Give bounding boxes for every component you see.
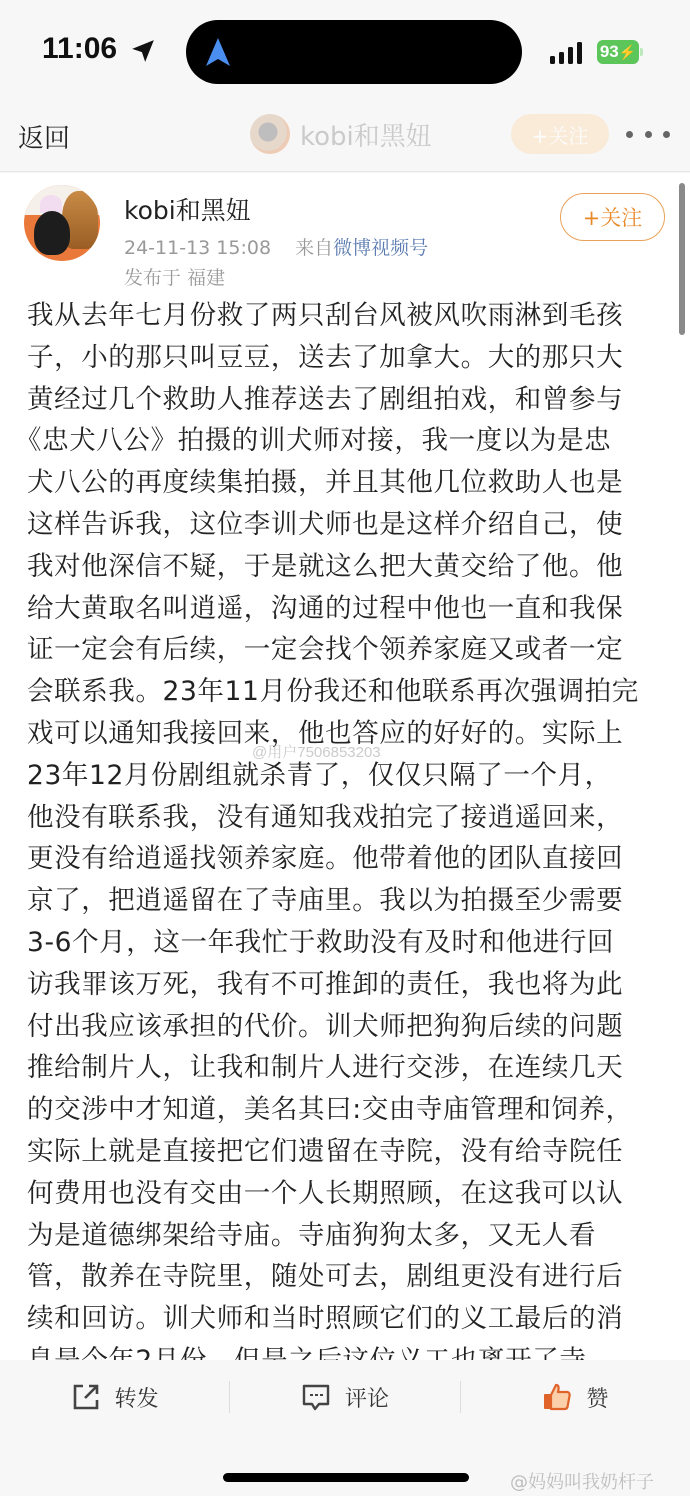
scrollbar[interactable] [679,183,685,335]
source-prefix: 来自 [295,237,333,259]
post-line: 为是道德绑架给寺庙。寺庙狗狗太多，又无人看 [27,1215,667,1257]
comment-icon [301,1382,331,1412]
status-time: 11:06 [42,32,117,66]
bolt-icon: ⚡ [619,44,636,61]
post-line: 会联系我。23年11月份我还和他联系再次强调拍完 [27,671,667,713]
comment-button[interactable]: 评论 [230,1360,459,1434]
nav-title-group: kobi和黑妞 [250,114,432,154]
image-watermark: @用户7506853203 [252,741,381,762]
post-body: 我从去年七月份救了两只刮台风被风吹雨淋到毛孩 子，小的那只叫豆豆，送去了加拿大。… [27,295,667,1360]
post-line: 息是今年2月份，但是之后这位义工也离开了寺 [27,1340,667,1360]
post-line: 犬八公的再度续集拍摄，并且其他几位救助人也是 [27,462,667,504]
post-timestamp: 24-11-13 15:08 [124,237,271,259]
post-line: 更没有给逍遥找领养家庭。他带着他的团队直接回 [27,838,667,880]
back-button[interactable]: 返回 [18,118,70,155]
home-indicator[interactable] [223,1473,469,1482]
post-line: 3-6个月，这一年我忙于救助没有及时和他进行回 [27,922,667,964]
weibo-watermark: @妈妈叫我奶杆子 [510,1468,654,1494]
avatar-black-dog [34,211,70,255]
post-line: 我从去年七月份救了两只刮台风被风吹雨淋到毛孩 [27,295,667,337]
post-location: 发布于 福建 [124,263,225,290]
post-source-link[interactable]: 微博视频号 [333,237,428,259]
like-label: 赞 [586,1382,608,1413]
nav-title: kobi和黑妞 [300,116,432,153]
battery-level: 93 [600,42,619,62]
thumbs-up-icon [542,1382,572,1412]
post-line: 访我罪该万死，我有不可推卸的责任，我也将为此 [27,964,667,1006]
battery-charging-icon: 93⚡ [597,40,639,64]
post-line: 子，小的那只叫豆豆，送去了加拿大。大的那只大 [27,337,667,379]
avatar[interactable] [24,185,100,261]
more-dots-icon[interactable] [626,124,670,144]
post-line: 黄经过几个救助人推荐送去了剧组拍戏，和曾参与 [27,379,667,421]
dot [645,131,652,138]
author-name[interactable]: kobi和黑妞 [124,191,251,227]
post-line: 《忠犬八公》拍摄的训犬师对接，我一度以为是忠 [15,420,667,462]
post-line: 续和回访。训犬师和当时照顾它们的义工最后的消 [27,1298,667,1340]
post-meta: 24-11-13 15:08 来自微博视频号 [124,233,428,260]
post-line: 给大黄取名叫逍遥，沟通的过程中他也一直和我保 [27,588,667,630]
navigation-arrow-icon [206,38,230,66]
post-line: 这样告诉我，这位李训犬师也是这样介绍自己，使 [27,504,667,546]
comment-label: 评论 [345,1382,389,1413]
location-arrow-icon [130,38,156,64]
post-line: 付出我应该承担的代价。训犬师把狗狗后续的问题 [27,1006,667,1048]
dot [626,131,633,138]
follow-button[interactable]: +关注 [560,193,665,241]
dynamic-island[interactable] [186,20,522,84]
post-line: 京了，把逍遥留在了寺庙里。我以为拍摄至少需要 [27,880,667,922]
post-line: 他没有联系我，没有通知我戏拍完了接逍遥回来， [27,797,667,839]
post-line: 管，散养在寺院里，随处可去，剧组更没有进行后 [27,1256,667,1298]
repost-label: 转发 [115,1382,159,1413]
post-line: 何费用也没有交由一个人长期照顾，在这我可以认 [27,1173,667,1215]
signal-icon [550,42,584,64]
action-bar: 转发 评论 赞 [0,1360,690,1434]
post-line: 实际上就是直接把它们遗留在寺院，没有给寺院任 [27,1131,667,1173]
post-line: 证一定会有后续，一定会找个领养家庭又或者一定 [27,629,667,671]
repost-button[interactable]: 转发 [0,1360,229,1434]
status-bar: 11:06 93⚡ [0,0,690,100]
post-card: kobi和黑妞 24-11-13 15:08 来自微博视频号 发布于 福建 +关… [0,173,690,1360]
post-line: 推给制片人，让我和制片人进行交涉，在连续几天 [27,1047,667,1089]
nav-follow-button[interactable]: +关注 [511,114,609,154]
battery-nub [640,48,643,56]
nav-bar: 返回 kobi和黑妞 +关注 [0,100,690,172]
post-line: 的交涉中才知道，美名其曰:交由寺庙管理和饲养， [27,1089,667,1131]
nav-avatar [250,114,290,154]
repost-icon [71,1382,101,1412]
post-line: 我对他深信不疑，于是就这么把大黄交给了他。他 [27,546,667,588]
dot [663,131,670,138]
like-button[interactable]: 赞 [461,1360,690,1434]
